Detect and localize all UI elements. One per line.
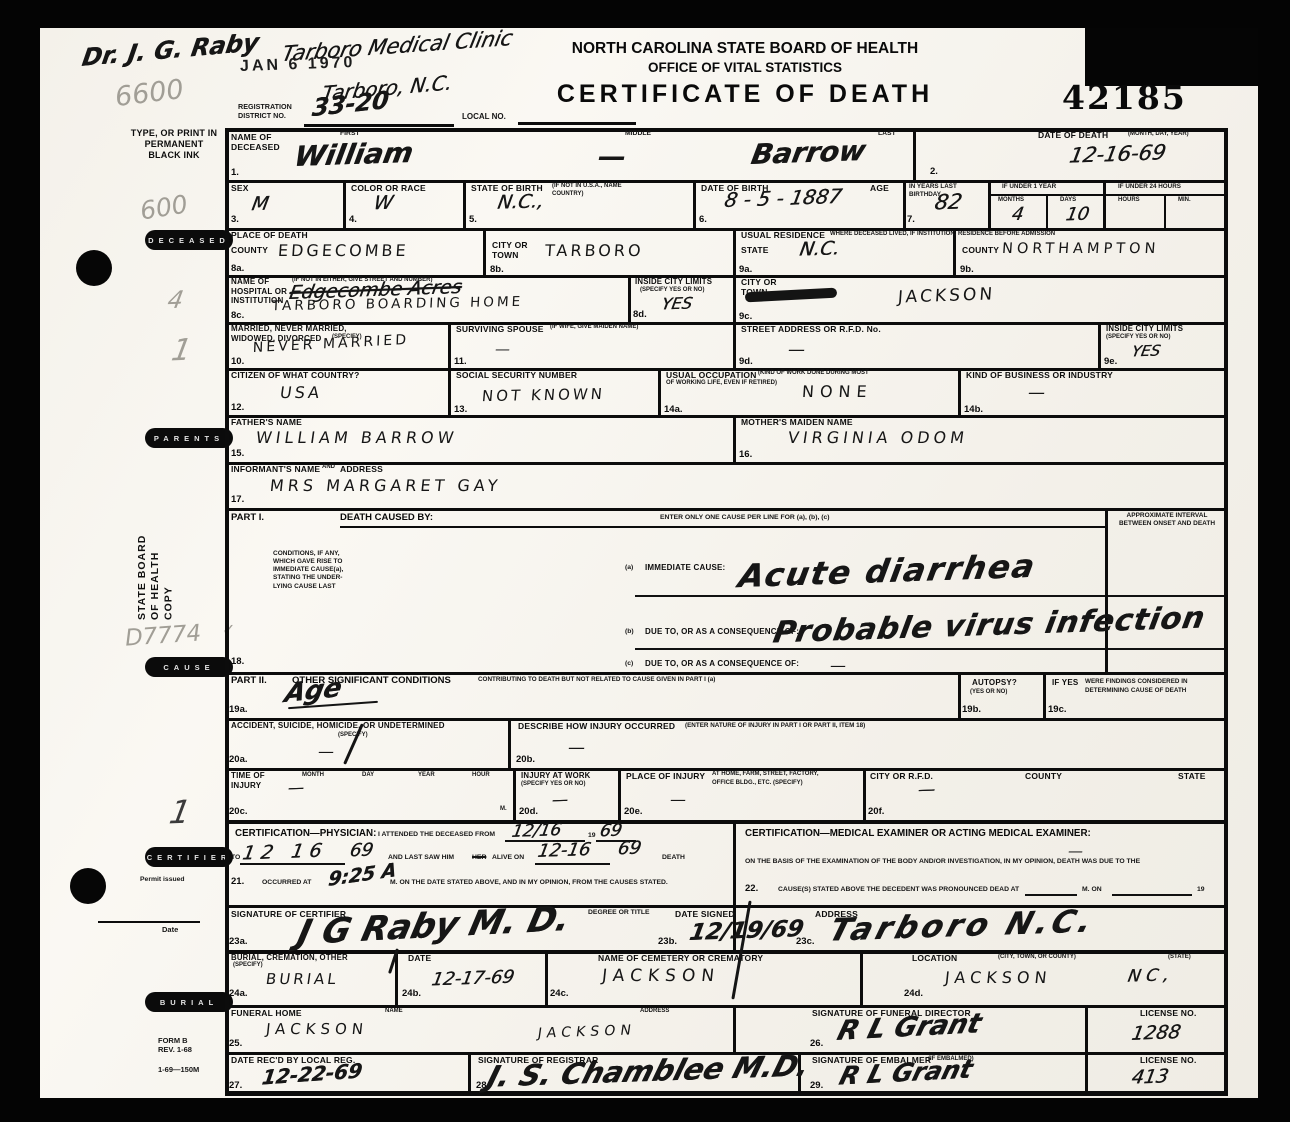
- item-8a-number: 8a.: [231, 263, 244, 274]
- injury-how-sub: (ENTER NATURE OF INJURY IN PART I OR PAR…: [685, 722, 865, 730]
- grid-line: [733, 322, 736, 368]
- registration-label-line1: REGISTRATION: [238, 102, 292, 111]
- street-label: STREET ADDRESS OR R.F.D. No.: [741, 324, 881, 334]
- item-8d-number: 8d.: [633, 309, 647, 320]
- print-instruction-line3: BLACK INK: [118, 150, 230, 161]
- item-23b-number: 23b.: [658, 936, 677, 947]
- injury-work-value: —: [550, 790, 569, 810]
- attended-to-label: TO: [231, 854, 240, 862]
- burial-date-label: DATE: [408, 953, 431, 963]
- item-13-number: 13.: [454, 404, 467, 415]
- pronounced-time-rule: [1025, 894, 1077, 896]
- interval-header-line2: BETWEEN ONSET AND DEATH: [1112, 520, 1222, 528]
- grid-line: [545, 950, 548, 1005]
- date-of-death-value: 12-16-69: [1068, 140, 1168, 167]
- cert-physician-line2a: AND LAST SAW HIM: [388, 854, 454, 862]
- grid-line: [1085, 1005, 1088, 1095]
- item-8b-number: 8b.: [490, 264, 504, 275]
- min-label: MIN.: [1178, 197, 1191, 205]
- cert-physician-struck-her: HER: [472, 854, 486, 862]
- item-20e-number: 20e.: [624, 806, 643, 817]
- item-15-number: 15.: [231, 448, 244, 459]
- document-title: CERTIFICATE OF DEATH: [545, 80, 945, 109]
- conditions-note-line2: WHICH GAVE RISE TO: [273, 558, 343, 566]
- hole-punch-bottom: [70, 868, 106, 904]
- local-no-rule: [518, 122, 636, 125]
- grid-line: [1224, 128, 1228, 1096]
- part1-label: PART I.: [231, 512, 264, 523]
- item-4-number: 4.: [349, 214, 357, 225]
- item-17-number: 17.: [231, 494, 244, 505]
- res-county-value: NORTHAMPTON: [1001, 241, 1159, 257]
- grid-line: [483, 228, 486, 275]
- injury-work-sub: (SPECIFY YES OR NO): [521, 781, 585, 789]
- state-of-birth-sub: (IF NOT IN U.S.A., NAME COUNTRY): [552, 183, 642, 198]
- father-label: FATHER'S NAME: [231, 417, 302, 427]
- burial-value: BURIAL: [265, 970, 340, 988]
- director-license-value: 1288: [1130, 1021, 1183, 1045]
- date-rule: [98, 921, 200, 923]
- spouse-value: —: [495, 340, 510, 358]
- item-23c-number: 23c.: [796, 936, 815, 947]
- item-18-number: 18.: [231, 656, 244, 667]
- cert-physician-line3b: M. ON THE DATE STATED ABOVE, AND IN MY O…: [390, 879, 668, 887]
- name-label: NAME OF DECEASED: [231, 132, 280, 152]
- grid-line: [1164, 194, 1166, 228]
- funeral-director-signature: R L Grant: [834, 1008, 985, 1047]
- item-19b-number: 19b.: [962, 704, 981, 715]
- item-9a-number: 9a.: [739, 264, 752, 275]
- grid-line: [448, 322, 451, 415]
- sex-label: SEX: [231, 183, 249, 193]
- injury-time-value: —: [286, 778, 305, 798]
- attended-to-value: 12 16: [241, 840, 330, 865]
- medex-year-prefix: 19: [1197, 886, 1205, 894]
- part2-sub: CONTRIBUTING TO DEATH BUT NOT RELATED TO…: [478, 676, 715, 684]
- hospital-value: TARBORO BOARDING HOME: [271, 294, 523, 314]
- part2-label: PART II.: [231, 675, 267, 686]
- place-of-death-label: PLACE OF DEATH: [231, 230, 308, 240]
- grid-line: [733, 415, 736, 462]
- cause-b-rule: [635, 648, 1105, 650]
- item-20c-number: 20c.: [229, 806, 248, 817]
- ssn-label: SOCIAL SECURITY NUMBER: [456, 370, 577, 380]
- cause-c-label: DUE TO, OR AS A CONSEQUENCE OF:: [645, 659, 799, 669]
- cert-medex-line2: CAUSE(S) STATED ABOVE THE DECEDENT WAS P…: [778, 886, 1019, 894]
- grid-line: [958, 672, 961, 718]
- grid-line: [618, 768, 621, 820]
- grid-line: [903, 180, 906, 228]
- injury-work-label: INJURY AT WORK: [521, 771, 591, 780]
- age-header-label: AGE: [870, 183, 889, 193]
- mother-value: VIRGINIA ODOM: [787, 428, 970, 447]
- funeral-home-name-label: NAME: [385, 1008, 403, 1016]
- date-label: Date: [162, 925, 178, 934]
- grid-line: [508, 718, 511, 768]
- cert-medex-line1: ON THE BASIS OF THE EXAMINATION OF THE B…: [745, 858, 1140, 866]
- first-name-value: William: [292, 136, 416, 173]
- grid-line: [863, 768, 866, 820]
- copy-designation-line2: OF HEALTH: [149, 496, 162, 620]
- pencil-mark-2: 1: [169, 333, 194, 369]
- conditions-note: CONDITIONS, IF ANY, WHICH GAVE RISE TO I…: [273, 550, 343, 591]
- local-no-label: LOCAL NO.: [462, 112, 506, 122]
- injury-time-label-line2: INJURY: [231, 781, 265, 791]
- item-10-number: 10.: [231, 356, 244, 367]
- res-state-value: N.C.: [798, 237, 842, 260]
- pronounced-date-rule: [1112, 894, 1192, 896]
- date-of-death-label: DATE OF DEATH: [1038, 130, 1108, 140]
- grid-line: [693, 180, 696, 228]
- grid-line: [513, 768, 516, 820]
- death-word: DEATH: [662, 854, 685, 862]
- degree-title-label: DEGREE OR TITLE: [588, 909, 650, 917]
- grid-line: [733, 228, 736, 322]
- accident-sub: (SPECIFY): [338, 732, 368, 740]
- last-name-value: Barrow: [749, 134, 869, 171]
- tab-deceased: DECEASED: [145, 230, 233, 250]
- accident-label: ACCIDENT, SUICIDE, HOMICIDE, OR UNDETERM…: [231, 721, 445, 731]
- item-19c-number: 19c.: [1048, 704, 1067, 715]
- pod-city-value: TARBORO: [544, 241, 644, 260]
- form-code-line2: REV. 1-68: [158, 1045, 199, 1054]
- tab-parents: PARENTS: [145, 428, 233, 448]
- item-9b-number: 9b.: [960, 264, 974, 275]
- pod-city-label-line1: CITY OR: [492, 240, 528, 250]
- street-value: —: [788, 340, 805, 360]
- copy-designation: STATE BOARD OF HEALTH COPY: [136, 496, 175, 620]
- months-value: 4: [1010, 204, 1025, 225]
- tab-cause: CAUSE: [145, 657, 233, 677]
- grid-line: [658, 368, 661, 415]
- item-25-number: 25.: [229, 1038, 242, 1049]
- tab-burial: BURIAL: [145, 992, 233, 1012]
- item-19a-number: 19a.: [229, 704, 248, 715]
- mother-label: MOTHER'S MAIDEN NAME: [741, 417, 853, 427]
- item-8c-number: 8c.: [231, 310, 244, 321]
- part1-note: ENTER ONLY ONE CAUSE PER LINE FOR (a), (…: [660, 514, 830, 522]
- day-column-label: DAY: [362, 772, 374, 780]
- item-20d-number: 20d.: [519, 806, 538, 817]
- under-24-hours-label: IF UNDER 24 HOURS: [1118, 183, 1181, 191]
- item-24d-number: 24d.: [904, 988, 923, 999]
- certificate-number-stamp: 42185: [1062, 78, 1187, 117]
- form-code: FORM B REV. 1-68 1-69—150M: [158, 1036, 199, 1074]
- registration-label-line2: DISTRICT NO.: [238, 111, 292, 120]
- funeral-home-address-label: ADDRESS: [640, 1008, 669, 1016]
- received-date-stamp: JAN 6 1970: [240, 54, 356, 76]
- injury-time-label-line1: TIME OF: [231, 771, 265, 781]
- last-saw-alive-value: 12-16: [536, 839, 592, 862]
- item-6-number: 6.: [699, 214, 707, 225]
- interval-b-rule: [1108, 648, 1225, 650]
- print-instruction-line1: TYPE, OR PRINT IN: [118, 128, 230, 139]
- print-instruction: TYPE, OR PRINT IN PERMANENT BLACK INK: [118, 128, 230, 160]
- ssn-value: NOT KNOWN: [481, 385, 606, 405]
- permit-issued-label: Permit issued: [140, 876, 185, 884]
- item-14a-number: 14a.: [664, 404, 683, 415]
- grid-line: [1103, 180, 1106, 228]
- registration-district-label: REGISTRATION DISTRICT NO.: [238, 102, 292, 120]
- item-1-number: 1.: [231, 167, 239, 178]
- conditions-note-line1: CONDITIONS, IF ANY,: [273, 550, 343, 558]
- cemetery-value: JACKSON: [601, 966, 721, 986]
- name-label-line2: DECEASED: [231, 142, 280, 152]
- marital-label-line1: MARRIED, NEVER MARRIED,: [231, 324, 347, 334]
- registration-rule: [304, 124, 454, 127]
- grid-line: [225, 128, 229, 1096]
- item-14b-number: 14b.: [964, 404, 983, 415]
- grid-line: [225, 322, 1228, 325]
- last-column-label: LAST: [878, 130, 896, 138]
- findings-label1: IF YES: [1052, 678, 1078, 688]
- res-county-label: COUNTY: [962, 245, 999, 255]
- embalmer-signature: R L Grant: [836, 1054, 976, 1090]
- item-27-number: 27.: [229, 1080, 242, 1091]
- grid-line: [225, 1005, 1228, 1008]
- informant-value: MRS MARGARET GAY: [269, 476, 502, 495]
- cause-b-prefix: (b): [625, 628, 634, 636]
- inside-city-limits-9e-sub: (SPECIFY YES OR NO): [1106, 334, 1170, 342]
- informant-label2: ADDRESS: [340, 464, 383, 474]
- office-name: OFFICE OF VITAL STATISTICS: [545, 60, 945, 75]
- findings-label3: DETERMINING CAUSE OF DEATH: [1085, 687, 1186, 695]
- cause-b-value: Probable virus infection: [770, 601, 1208, 651]
- certificate-page: 6600 TYPE, OR PRINT IN PERMANENT BLACK I…: [40, 28, 1258, 1098]
- race-value: W: [372, 192, 395, 215]
- embalmer-license-label: LICENSE NO.: [1140, 1055, 1197, 1065]
- attended-to-year: 69: [348, 840, 375, 862]
- hole-punch-top: [76, 250, 112, 286]
- cert-physician-line2b: ALIVE ON: [492, 854, 524, 862]
- grid-line: [468, 1052, 471, 1095]
- item-20a-number: 20a.: [229, 754, 248, 765]
- cause-a-value: Acute diarrhea: [736, 547, 1040, 595]
- pod-city-label-line2: TOWN: [492, 250, 528, 260]
- item-7-number: 7.: [907, 214, 915, 225]
- item-2-number: 2.: [930, 166, 938, 177]
- findings-label2: WERE FINDINGS CONSIDERED IN: [1085, 678, 1188, 686]
- occupation-value: NONE: [801, 382, 873, 401]
- item-20f-number: 20f.: [868, 806, 884, 817]
- hours-label: HOURS: [1118, 197, 1140, 205]
- pod-county-value: EDGECOMBE: [277, 241, 409, 260]
- occupation-sub2: OF WORKING LIFE, EVEN IF RETIRED): [666, 380, 777, 388]
- injury-county-label: COUNTY: [1025, 771, 1062, 781]
- grid-line: [225, 508, 1228, 511]
- item-23a-number: 23a.: [229, 936, 248, 947]
- injury-city-value: —: [916, 780, 937, 801]
- grid-line: [225, 1091, 1228, 1096]
- copy-designation-line3: COPY: [162, 496, 175, 620]
- funeral-home-value: JACKSON: [265, 1020, 369, 1038]
- form-code-line1: FORM B: [158, 1036, 199, 1045]
- item-16-number: 16.: [739, 449, 752, 460]
- cause-a-rule: [635, 595, 1105, 597]
- location-value: JACKSON: [944, 968, 1052, 987]
- autopsy-label: AUTOPSY?: [972, 678, 1017, 688]
- medex-m-on-label: M. ON: [1082, 886, 1102, 894]
- pencil-note-top: 6600: [113, 74, 185, 113]
- grid-line: [1046, 194, 1048, 228]
- burial-date-value: 12-17-69: [430, 967, 516, 991]
- last-saw-alive-rule: [535, 863, 610, 865]
- spouse-sub: (IF WIFE, GIVE MAIDEN NAME): [550, 324, 638, 332]
- cert-physician-line3a: OCCURRED AT: [262, 879, 311, 887]
- grid-line: [860, 950, 863, 1005]
- handwritten-doctor-name: Dr. J. G. Raby: [80, 28, 261, 72]
- item-24a-number: 24a.: [229, 988, 248, 999]
- grid-line: [225, 415, 1228, 418]
- informant-label-and: AND: [322, 464, 335, 472]
- grid-line: [1098, 322, 1101, 368]
- interval-header-line1: APPROXIMATE INTERVAL: [1112, 512, 1222, 520]
- item-20b-number: 20b.: [516, 754, 535, 765]
- item-22-number: 22.: [745, 883, 758, 894]
- item-3-number: 3.: [231, 214, 239, 225]
- pen-mark-certifier: 1: [167, 793, 194, 832]
- date-of-death-sub: (MONTH, DAY, YEAR): [1128, 131, 1189, 139]
- item-21-number: 21.: [231, 876, 244, 887]
- pencil-note-mid: 600: [138, 189, 190, 225]
- industry-label: KIND OF BUSINESS OR INDUSTRY: [966, 370, 1113, 380]
- scanned-death-certificate: 6600 TYPE, OR PRINT IN PERMANENT BLACK I…: [0, 0, 1290, 1122]
- last-saw-alive-year: 69: [616, 838, 643, 860]
- injury-place-sub1: AT HOME, FARM, STREET, FACTORY,: [712, 771, 819, 779]
- item-5-number: 5.: [469, 214, 477, 225]
- cause-a-prefix: (a): [625, 564, 633, 572]
- certifier-address-value: Tarboro N.C.: [825, 903, 1100, 949]
- item-24c-number: 24c.: [550, 988, 569, 999]
- inside-city-limits-9e-value: YES: [1130, 342, 1162, 361]
- cause-c-value: —: [830, 656, 846, 675]
- location-state-sub: (STATE): [1168, 954, 1191, 962]
- citizen-value: USA: [279, 383, 324, 402]
- grid-line: [958, 368, 961, 415]
- item-9d-number: 9d.: [739, 356, 753, 367]
- board-name: NORTH CAROLINA STATE BOARD OF HEALTH: [545, 40, 945, 58]
- interval-header: APPROXIMATE INTERVAL BETWEEN ONSET AND D…: [1112, 512, 1222, 528]
- grid-line: [343, 180, 346, 228]
- pencil-note-cause: D7774: [124, 620, 202, 651]
- cert-physician-title: CERTIFICATION—PHYSICIAN:: [235, 828, 376, 839]
- item-12-number: 12.: [231, 402, 244, 413]
- age-value: 82: [933, 190, 964, 215]
- conditions-note-line4: STATING THE UNDER-: [273, 574, 343, 582]
- injury-place-sub2: OFFICE BLDG., ETC. (SPECIFY): [712, 780, 803, 788]
- injury-how-label: DESCRIBE HOW INJURY OCCURRED: [518, 721, 675, 731]
- attended-from-value: 12/16: [510, 820, 563, 842]
- res-city-label-line1: CITY OR: [741, 277, 777, 287]
- grid-line: [463, 180, 466, 228]
- injury-time-m-label: M.: [500, 806, 507, 814]
- cause-c-prefix: (c): [625, 660, 633, 668]
- res-city-value: JACKSON: [897, 284, 996, 307]
- middle-name-value: —: [598, 140, 626, 173]
- injury-place-label: PLACE OF INJURY: [626, 771, 705, 781]
- father-value: WILLIAM BARROW: [255, 428, 459, 447]
- burial-label: BURIAL, CREMATION, OTHER: [231, 953, 348, 962]
- inside-city-limits-9e-label: INSIDE CITY LIMITS: [1106, 324, 1183, 333]
- location-state-value: N C ,: [1126, 965, 1171, 986]
- usual-residence-sub: WHERE DECEASED LIVED, IF INSTITUTION, RE…: [830, 231, 1055, 239]
- burial-sub: (SPECIFY): [233, 962, 263, 970]
- embalmer-license-value: 413: [1130, 1065, 1170, 1088]
- location-label: LOCATION: [912, 953, 957, 963]
- item-11-number: 11.: [454, 356, 467, 367]
- item-9e-number: 9e.: [1104, 356, 1117, 367]
- cert-medex-title: CERTIFICATION—MEDICAL EXAMINER OR ACTING…: [745, 828, 1091, 839]
- hospital-label-line2: HOSPITAL OR: [231, 287, 287, 297]
- state-of-birth-value: N.C.,: [496, 190, 546, 214]
- occupation-label: USUAL OCCUPATION: [666, 370, 757, 380]
- interval-a-rule: [1108, 595, 1225, 597]
- name-label-line1: NAME OF: [231, 132, 280, 142]
- cert-physician-line1: I ATTENDED THE DECEASED FROM: [378, 831, 495, 839]
- hour-column-label: HOUR: [472, 772, 490, 780]
- cause-a-label: IMMEDIATE CAUSE:: [645, 563, 725, 573]
- middle-column-label: MIDDLE: [625, 130, 651, 138]
- conditions-note-line3: IMMEDIATE CAUSE(a),: [273, 566, 343, 574]
- under-1-year-label: IF UNDER 1 YEAR: [1002, 183, 1056, 191]
- date-of-birth-value: 8 - 5 - 1887: [722, 184, 843, 212]
- accident-value: —: [318, 742, 334, 761]
- print-instruction-line2: PERMANENT: [118, 139, 230, 150]
- injury-how-value: —: [568, 738, 585, 758]
- grid-line: [913, 128, 916, 180]
- days-value: 10: [1064, 204, 1091, 226]
- conditions-note-line5: LYING CAUSE LAST: [273, 583, 343, 591]
- grid-line: [628, 275, 631, 322]
- funeral-home-label: FUNERAL HOME: [231, 1008, 302, 1018]
- grid-line: [225, 820, 1228, 824]
- citizen-label: CITIZEN OF WHAT COUNTRY?: [231, 370, 360, 380]
- grid-line: [225, 228, 1228, 231]
- pod-city-label: CITY OR TOWN: [492, 240, 528, 260]
- autopsy-sub: (YES OR NO): [970, 689, 1007, 697]
- item-9c-number: 9c.: [739, 311, 752, 322]
- item-29-number: 29.: [810, 1080, 823, 1091]
- grid-line: [733, 1005, 736, 1052]
- attended-to-rule: [240, 863, 345, 865]
- part1-title: DEATH CAUSED BY:: [340, 512, 433, 523]
- injury-place-value: —: [670, 790, 686, 809]
- funeral-home-address-value: JACKSON: [537, 1022, 637, 1041]
- injury-state-label: STATE: [1178, 771, 1206, 781]
- spouse-label: SURVIVING SPOUSE: [456, 324, 544, 334]
- inside-city-limits-8d-value: YES: [660, 293, 694, 313]
- director-license-label: LICENSE NO.: [1140, 1008, 1197, 1018]
- copy-designation-line1: STATE BOARD: [136, 496, 149, 620]
- tab-certifier: CERTIFIER: [145, 847, 233, 867]
- res-state-label: STATE: [741, 245, 769, 255]
- location-sub: (CITY, TOWN, OR COUNTY): [998, 954, 1076, 962]
- item-24b-number: 24b.: [402, 988, 421, 999]
- grid-line: [988, 180, 991, 228]
- pod-county-label: COUNTY: [231, 245, 268, 255]
- grid-line: [1043, 672, 1046, 718]
- injury-time-label: TIME OF INJURY: [231, 771, 265, 790]
- inside-city-limits-8d-label: INSIDE CITY LIMITS: [635, 277, 712, 286]
- sex-value: M: [250, 193, 270, 216]
- occupation-sub1: (KIND OF WORK DONE DURING MOST: [758, 370, 869, 378]
- informant-label1: INFORMANT'S NAME: [231, 464, 320, 474]
- year-column-label: YEAR: [418, 772, 435, 780]
- part1-header-rule: [340, 526, 1105, 528]
- form-code-line3: 1-69—150M: [158, 1065, 199, 1074]
- date-signed-label: DATE SIGNED: [675, 909, 735, 919]
- pencil-mark-1: 4: [165, 286, 185, 315]
